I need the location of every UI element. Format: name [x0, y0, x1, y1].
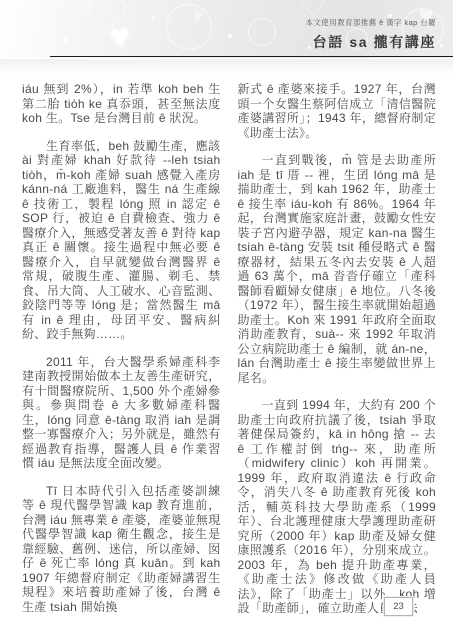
heart-icon: ♥ [108, 19, 133, 55]
header-rule [50, 56, 453, 57]
page-number-label: 23 [393, 601, 404, 612]
paragraph: 生育率低，beh 鼓勵生產，應該 ài 對產婦 khah 好款待 --leh t… [22, 139, 221, 342]
paragraph: 2011 年，台大醫學系婦產科李建南教授開始做本土友善生產研究，有十間醫療院所、… [22, 355, 221, 471]
header-band-fade [0, 59, 453, 75]
page-title: 台語 sa 攏有講座 [306, 32, 437, 52]
page-header: 本文使用教育部推薦 ê 漢字 kap 台羅 台語 sa 攏有講座 [306, 17, 437, 52]
paragraph: 一直到戰後，m̄ 管是去助產所 iah 是 tī 厝 -- 裡，生囝 lóng … [238, 153, 437, 385]
paragraph: 一直到 1994 年，大約有 200 个助產士向政府抗議了後，tsiah 爭取著… [238, 398, 437, 616]
page-number: 23 [384, 597, 413, 616]
header-note: 本文使用教育部推薦 ê 漢字 kap 台羅 [306, 17, 437, 28]
sparkle-dot-icon [152, 16, 155, 19]
document-page: ♡ ♥ ♥ ♡ ♥ 本文使用教育部推薦 ê 漢字 kap 台羅 台語 sa 攏有… [0, 0, 453, 640]
paragraph: iáu 無到 2%），in 若準 koh beh 生第二胎 tio̍h ke 真… [22, 82, 221, 126]
right-column: 新式 ê 產婆來接手。1927 年，台灣頭一个女醫生蔡阿信成立「清信醫院產婆講習… [238, 82, 437, 629]
sparkle-dot-icon [64, 38, 68, 42]
bokeh-circle-icon [248, 18, 276, 46]
bokeh-circle-icon [166, 4, 212, 50]
paragraph: 新式 ê 產婆來接手。1927 年，台灣頭一个女醫生蔡阿信成立「清信醫院產婆講習… [238, 82, 437, 140]
sparkle-dot-icon [440, 44, 443, 47]
sparkle-dot-icon [228, 34, 232, 38]
article-body: iáu 無到 2%），in 若準 koh beh 生第二胎 tio̍h ke 真… [22, 82, 436, 629]
left-column: iáu 無到 2%），in 若準 koh beh 生第二胎 tio̍h ke 真… [22, 82, 221, 629]
paragraph: Tī 日本時代引入包括產婆訓練等 ê 現代醫學智識 kap 教育進前，台灣 iá… [22, 484, 221, 615]
